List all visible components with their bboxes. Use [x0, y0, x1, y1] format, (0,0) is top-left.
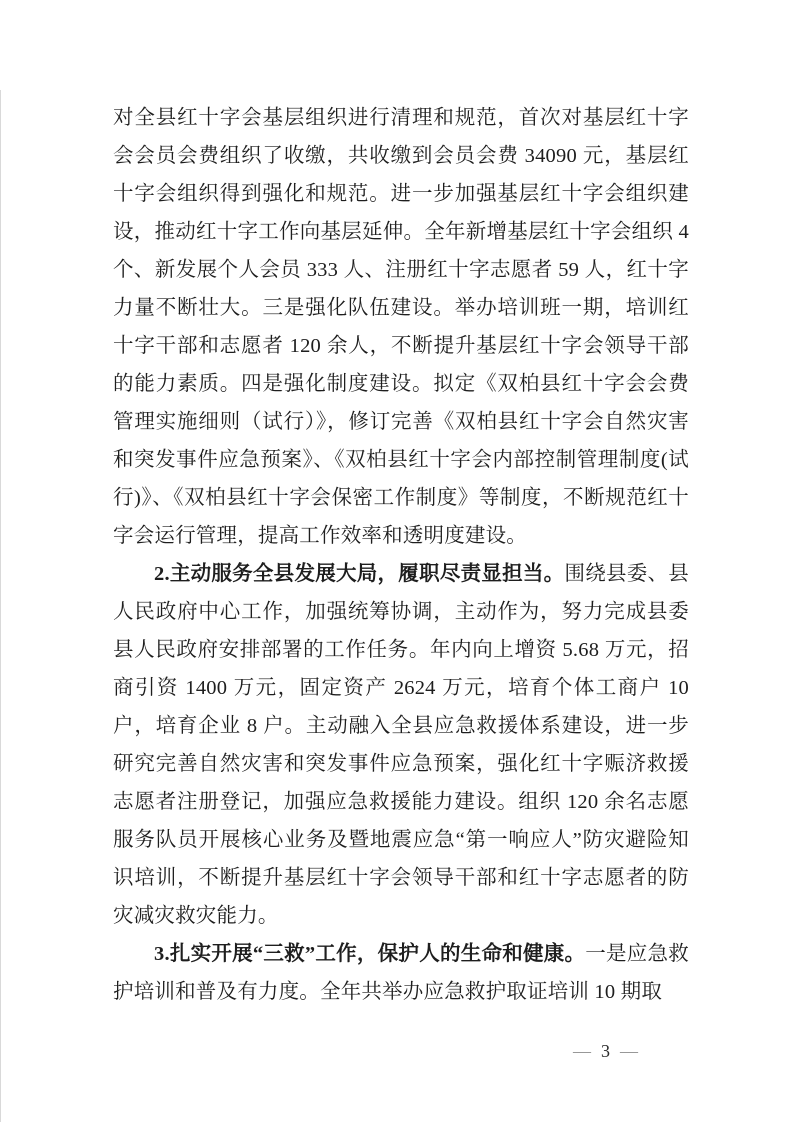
page-footer: —3—	[573, 1038, 638, 1064]
paragraph-2-text: 围绕县委、县人民政府中心工作，加强统筹协调，主动作为，努力完成县委县人民政府安排…	[113, 563, 689, 927]
paragraph-continuation: 对全县红十字会基层组织进行清理和规范，首次对基层红十字会会员会费组织了收缴，共收…	[113, 99, 689, 555]
document-page: 对全县红十字会基层组织进行清理和规范，首次对基层红十字会会员会费组织了收缴，共收…	[0, 0, 793, 1122]
scan-edge-artifact	[0, 90, 1, 1122]
document-body: 对全县红十字会基层组织进行清理和规范，首次对基层红十字会会员会费组织了收缴，共收…	[113, 99, 689, 1011]
paragraph-2: 2.主动服务全县发展大局，履职尽责显担当。围绕县委、县人民政府中心工作，加强统筹…	[113, 555, 689, 935]
paragraph-3: 3.扎实开展“三救”工作，保护人的生命和健康。一是应急救护培训和普及有力度。全年…	[113, 935, 689, 1011]
page-number: 3	[601, 1041, 610, 1061]
paragraph-1-text: 对全县红十字会基层组织进行清理和规范，首次对基层红十字会会员会费组织了收缴，共收…	[113, 107, 689, 547]
paragraph-3-heading: 3.扎实开展“三救”工作，保护人的生命和健康。	[154, 943, 585, 965]
footer-dash-left: —	[573, 1041, 591, 1061]
footer-dash-right: —	[620, 1041, 638, 1061]
paragraph-2-heading: 2.主动服务全县发展大局，履职尽责显担当。	[154, 563, 564, 585]
